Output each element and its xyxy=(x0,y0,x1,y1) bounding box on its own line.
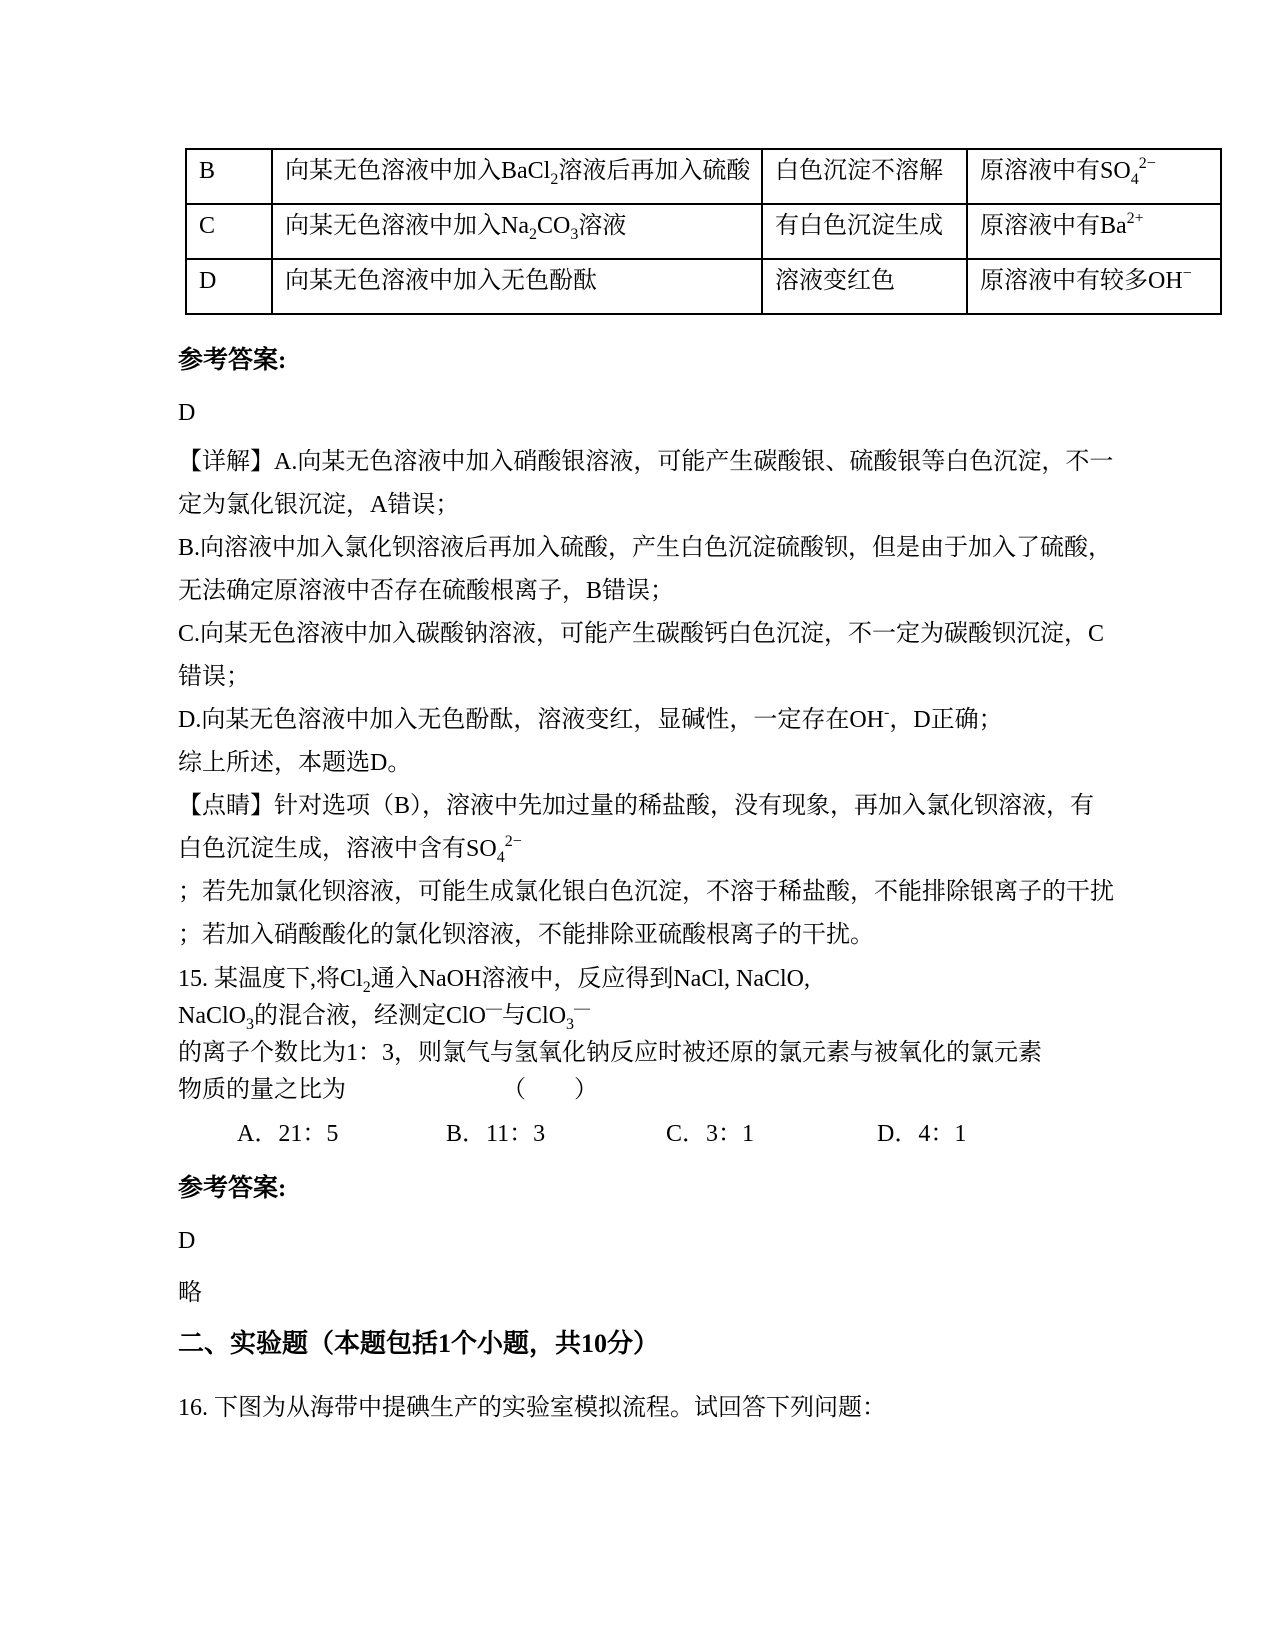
reference-answer-label: 参考答案: xyxy=(178,347,1195,375)
question-15-line: 15. 某温度下,将Cl2通入NaOH溶液中，反应得到NaCl, NaClO, xyxy=(178,961,1195,998)
answer-note: 略 xyxy=(178,1279,1195,1307)
phenomenon-cell: 白色沉淀不溶解 xyxy=(762,149,967,204)
option-letter-cell: D xyxy=(186,259,272,314)
question-15-line: NaClO3的混合液，经测定ClO—与ClO3— xyxy=(178,998,1195,1035)
option-letter-cell: C xyxy=(186,204,272,259)
question-16: 16. 下图为从海带中提碘生产的实验室模拟流程。试回答下列问题： xyxy=(178,1393,1195,1423)
key-point-line: ；若加入硝酸酸化的氯化钡溶液，不能排除亚硫酸根离子的干扰。 xyxy=(178,914,1195,957)
option-c: C．3：1 xyxy=(666,1119,877,1149)
explanation-line: 定为氯化银沉淀，A错误； xyxy=(178,484,1195,527)
options-row: A．21：5 B．11：3 C．3：1 D．4：1 xyxy=(178,1119,1195,1149)
explanation-line: 【详解】A.向某无色溶液中加入硝酸银溶液，可能产生碳酸银、硫酸银等白色沉淀，不一 xyxy=(178,441,1195,484)
conclusion-cell: 原溶液中有SO42− xyxy=(967,149,1221,204)
phenomenon-cell: 溶液变红色 xyxy=(762,259,967,314)
answer-value: D xyxy=(178,399,1195,427)
key-point-line: ；若先加氯化钡溶液，可能生成氯化银白色沉淀，不溶于稀盐酸，不能排除银离子的干扰 xyxy=(178,871,1195,914)
conclusion-cell: 原溶液中有较多OH− xyxy=(967,259,1221,314)
explanation-line: D.向某无色溶液中加入无色酚酞，溶液变红，显碱性，一定存在OH-，D正确； xyxy=(178,699,1195,742)
table-row-c: C 向某无色溶液中加入Na2CO3溶液 有白色沉淀生成 原溶液中有Ba2+ xyxy=(186,204,1221,259)
explanation-line: 综上所述，本题选D。 xyxy=(178,742,1195,785)
phenomenon-cell: 有白色沉淀生成 xyxy=(762,204,967,259)
section-heading: 二、实验题（本题包括1个小题，共10分） xyxy=(178,1329,1195,1359)
question-15-line: 的离子个数比为1：3，则氯气与氢氧化钠反应时被还原的氯元素与被氧化的氯元素 xyxy=(178,1035,1195,1072)
option-b: B．11：3 xyxy=(446,1119,666,1149)
reference-answer-label: 参考答案: xyxy=(178,1175,1195,1203)
question-15-line: 物质的量之比为 （ ） xyxy=(178,1072,1195,1109)
operation-cell: 向某无色溶液中加入BaCl2溶液后再加入硫酸 xyxy=(272,149,762,204)
key-point-line: 白色沉淀生成，溶液中含有SO42− xyxy=(178,828,1195,871)
option-analysis-table: B 向某无色溶液中加入BaCl2溶液后再加入硫酸 白色沉淀不溶解 原溶液中有SO… xyxy=(185,148,1222,315)
conclusion-cell: 原溶液中有Ba2+ xyxy=(967,204,1221,259)
table-row-b: B 向某无色溶液中加入BaCl2溶液后再加入硫酸 白色沉淀不溶解 原溶液中有SO… xyxy=(186,149,1221,204)
explanation-line: 错误； xyxy=(178,656,1195,699)
answer-value: D xyxy=(178,1227,1195,1255)
explanation-block: 【详解】A.向某无色溶液中加入硝酸银溶液，可能产生碳酸银、硫酸银等白色沉淀，不一… xyxy=(178,441,1195,957)
explanation-line: 无法确定原溶液中否存在硫酸根离子，B错误； xyxy=(178,570,1195,613)
operation-cell: 向某无色溶液中加入Na2CO3溶液 xyxy=(272,204,762,259)
option-d: D．4：1 xyxy=(877,1119,966,1149)
table-row-d: D 向某无色溶液中加入无色酚酞 溶液变红色 原溶液中有较多OH− xyxy=(186,259,1221,314)
exam-document-page: B 向某无色溶液中加入BaCl2溶液后再加入硫酸 白色沉淀不溶解 原溶液中有SO… xyxy=(0,0,1275,1650)
option-letter-cell: B xyxy=(186,149,272,204)
explanation-line: C.向某无色溶液中加入碳酸钠溶液，可能产生碳酸钙白色沉淀，不一定为碳酸钡沉淀，C xyxy=(178,613,1195,656)
explanation-line: B.向溶液中加入氯化钡溶液后再加入硫酸，产生白色沉淀硫酸钡，但是由于加入了硫酸， xyxy=(178,527,1195,570)
key-point-line: 【点睛】针对选项（B），溶液中先加过量的稀盐酸，没有现象，再加入氯化钡溶液，有 xyxy=(178,785,1195,828)
question-15: 15. 某温度下,将Cl2通入NaOH溶液中，反应得到NaCl, NaClO, … xyxy=(178,961,1195,1149)
operation-cell: 向某无色溶液中加入无色酚酞 xyxy=(272,259,762,314)
option-a: A．21：5 xyxy=(237,1119,446,1149)
